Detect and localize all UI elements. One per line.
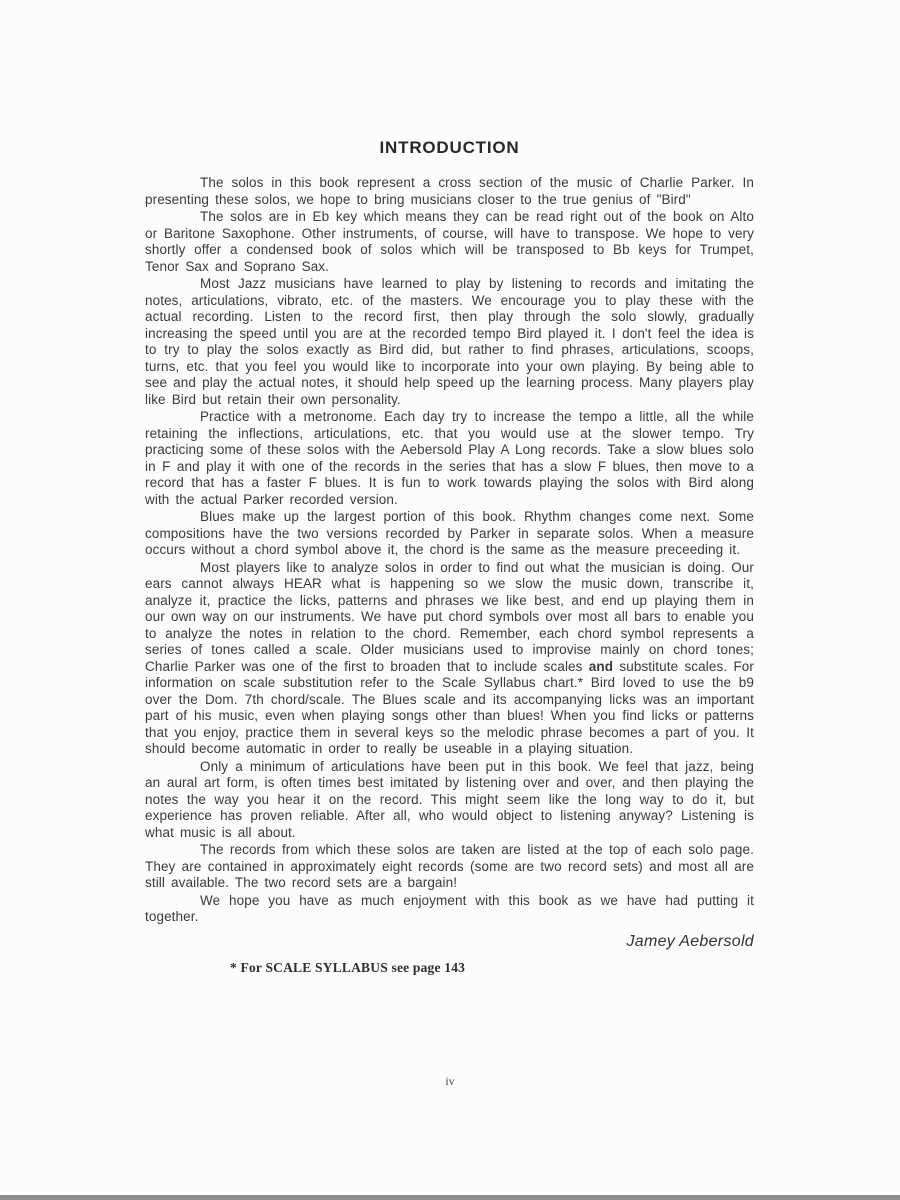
paragraph: Only a minimum of articulations have bee… bbox=[145, 759, 754, 842]
paragraph: The solos are in Eb key which means they… bbox=[145, 209, 754, 275]
scanned-book-page: INTRODUCTION The solos in this book repr… bbox=[0, 0, 900, 1200]
text-segment: Practice with a metronome. Each day try … bbox=[145, 409, 754, 507]
paragraph: Practice with a metronome. Each day try … bbox=[145, 409, 754, 508]
paragraph: The records from which these solos are t… bbox=[145, 842, 754, 892]
scale-syllabus-footnote: * For SCALE SYLLABUS see page 143 bbox=[230, 960, 754, 976]
text-segment: The solos are in Eb key which means they… bbox=[145, 209, 754, 274]
text-segment: Most players like to analyze solos in or… bbox=[145, 560, 754, 674]
text-segment: The records from which these solos are t… bbox=[145, 842, 754, 890]
page-title: INTRODUCTION bbox=[145, 138, 754, 158]
scan-edge-bar bbox=[0, 1195, 900, 1200]
text-segment: We hope you have as much enjoyment with … bbox=[145, 893, 754, 925]
text-segment: Most Jazz musicians have learned to play… bbox=[145, 276, 754, 407]
paragraph: We hope you have as much enjoyment with … bbox=[145, 893, 754, 926]
paragraphs: The solos in this book represent a cross… bbox=[145, 175, 754, 926]
text-segment: The solos in this book represent a cross… bbox=[145, 175, 754, 207]
text-segment: Blues make up the largest portion of thi… bbox=[145, 509, 754, 557]
page-number: iv bbox=[0, 1074, 900, 1089]
paragraph: The solos in this book represent a cross… bbox=[145, 175, 754, 208]
paragraph: Blues make up the largest portion of thi… bbox=[145, 509, 754, 559]
text-segment: and bbox=[589, 659, 613, 674]
paragraph: Most players like to analyze solos in or… bbox=[145, 560, 754, 758]
author-signature: Jamey Aebersold bbox=[145, 933, 754, 951]
paragraph: Most Jazz musicians have learned to play… bbox=[145, 276, 754, 408]
text-segment: Only a minimum of articulations have bee… bbox=[145, 759, 754, 840]
page-content: INTRODUCTION The solos in this book repr… bbox=[145, 138, 754, 976]
